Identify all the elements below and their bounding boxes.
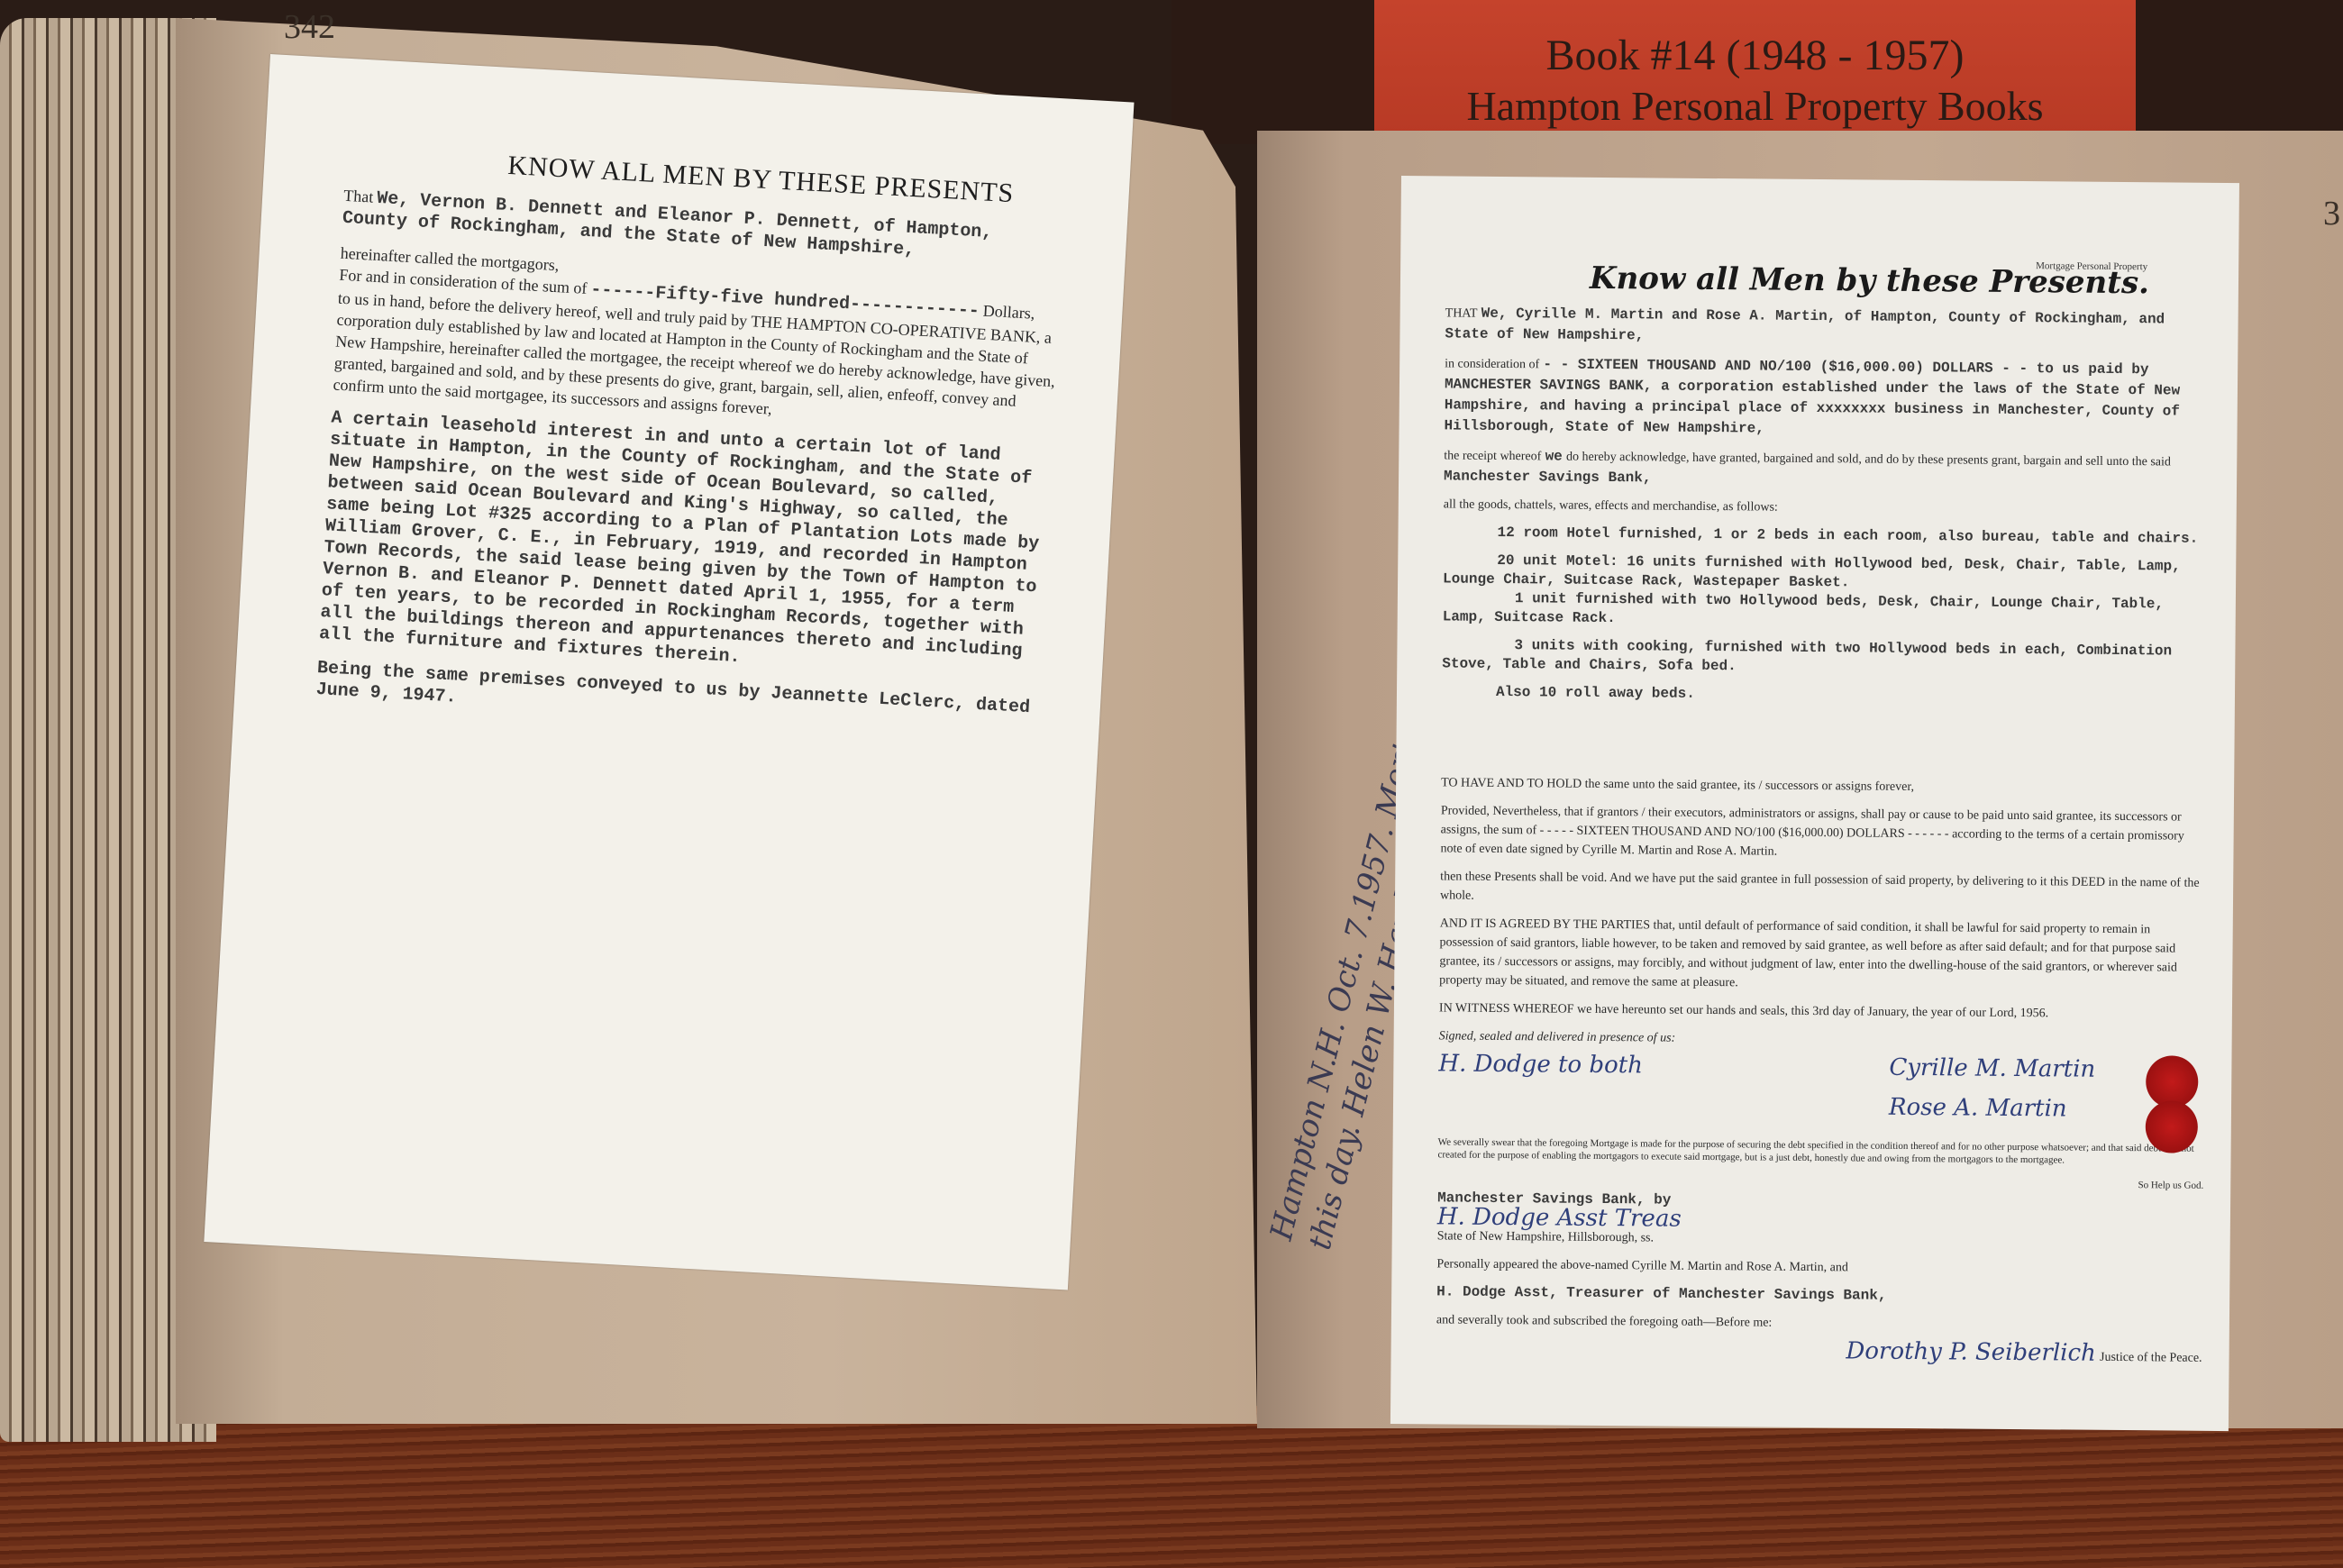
goods-item: 3 units with cooking, furnished with two…: [1442, 635, 2208, 679]
book-label-subtitle: Hampton Personal Property Books: [1374, 82, 2136, 130]
justice-signature: Dorothy P. Seiberlich: [1846, 1337, 2096, 1366]
consideration-text: - - SIXTEEN THOUSAND AND NO/100 ($16,000…: [1445, 356, 2181, 436]
goods-item: 20 unit Motel: 16 units furnished with H…: [1443, 551, 2209, 595]
justice-label: Justice of the Peace.: [2100, 1351, 2202, 1365]
took-line: and severally took and subscribed the fo…: [1436, 1310, 2202, 1336]
book-label-title: Book #14 (1948 - 1957): [1374, 31, 2136, 80]
witness-clause: IN WITNESS WHEREOF we have hereunto set …: [1439, 998, 2205, 1024]
right-mortgage-document: Mortgage Personal Property Know all Men …: [1390, 176, 2239, 1431]
that-label: That: [343, 187, 374, 206]
witness-signature: H. Dodge to both: [1438, 1054, 1643, 1075]
appeared-line: Personally appeared the above-named Cyri…: [1436, 1254, 2202, 1280]
proviso-clause: Provided, Nevertheless, that if grantors…: [1440, 801, 2207, 864]
left-mortgage-document: KNOW ALL MEN BY THESE PRESENTS That We, …: [204, 54, 1134, 1290]
goods-intro: all the goods, chattels, wares, effects …: [1444, 495, 2210, 520]
book-label: Book #14 (1948 - 1957) Hampton Personal …: [1374, 0, 2136, 135]
void-clause: then these Presents shall be void. And w…: [1440, 867, 2206, 911]
goods-item: 12 room Hotel furnished, 1 or 2 beds in …: [1443, 523, 2209, 548]
left-page-number: 342: [284, 7, 335, 47]
goods-item: Also 10 roll away beds.: [1442, 682, 2208, 707]
that-label: THAT: [1445, 306, 1478, 320]
we-text: we: [1545, 448, 1563, 464]
goods-item: 1 unit furnished with two Hollywood beds…: [1443, 588, 2209, 633]
document-body: That We, Vernon B. Dennett and Eleanor P…: [315, 185, 1064, 754]
signed-label: Signed, sealed and delivered in presence…: [1439, 1026, 2205, 1052]
signer-signature: Cyrille M. Martin: [1889, 1059, 2095, 1080]
parties-text: We, Cyrille M. Martin and Rose A. Martin…: [1445, 305, 2165, 344]
dollars-label: Dollars,: [982, 302, 1035, 323]
habendum-clause: TO HAVE AND TO HOLD the same unto the sa…: [1441, 773, 2207, 798]
consideration-label: in consideration of: [1445, 357, 1539, 371]
wax-seal-icon: [2146, 1100, 2199, 1153]
property-description: A certain leasehold interest in and unto…: [318, 407, 1051, 685]
treasurer-line: H. Dodge Asst, Treasurer of Manchester S…: [1436, 1282, 2202, 1308]
agreed-clause: AND IT IS AGREED BY THE PARTIES that, un…: [1439, 914, 2206, 996]
grantee-text: Manchester Savings Bank,: [1444, 468, 1652, 486]
right-page-number: 3: [2323, 194, 2340, 233]
receipt-label: the receipt whereof: [1444, 449, 1541, 463]
document-title: Know all Men by these Presents.: [1590, 260, 2149, 301]
acknowledge-text: do hereby acknowledge, have granted, bar…: [1566, 451, 2171, 469]
document-body: THAT We, Cyrille M. Martin and Rose A. M…: [1436, 302, 2211, 1367]
wooden-table: [0, 1406, 2343, 1568]
signer-signature: Rose A. Martin: [1889, 1099, 2067, 1119]
